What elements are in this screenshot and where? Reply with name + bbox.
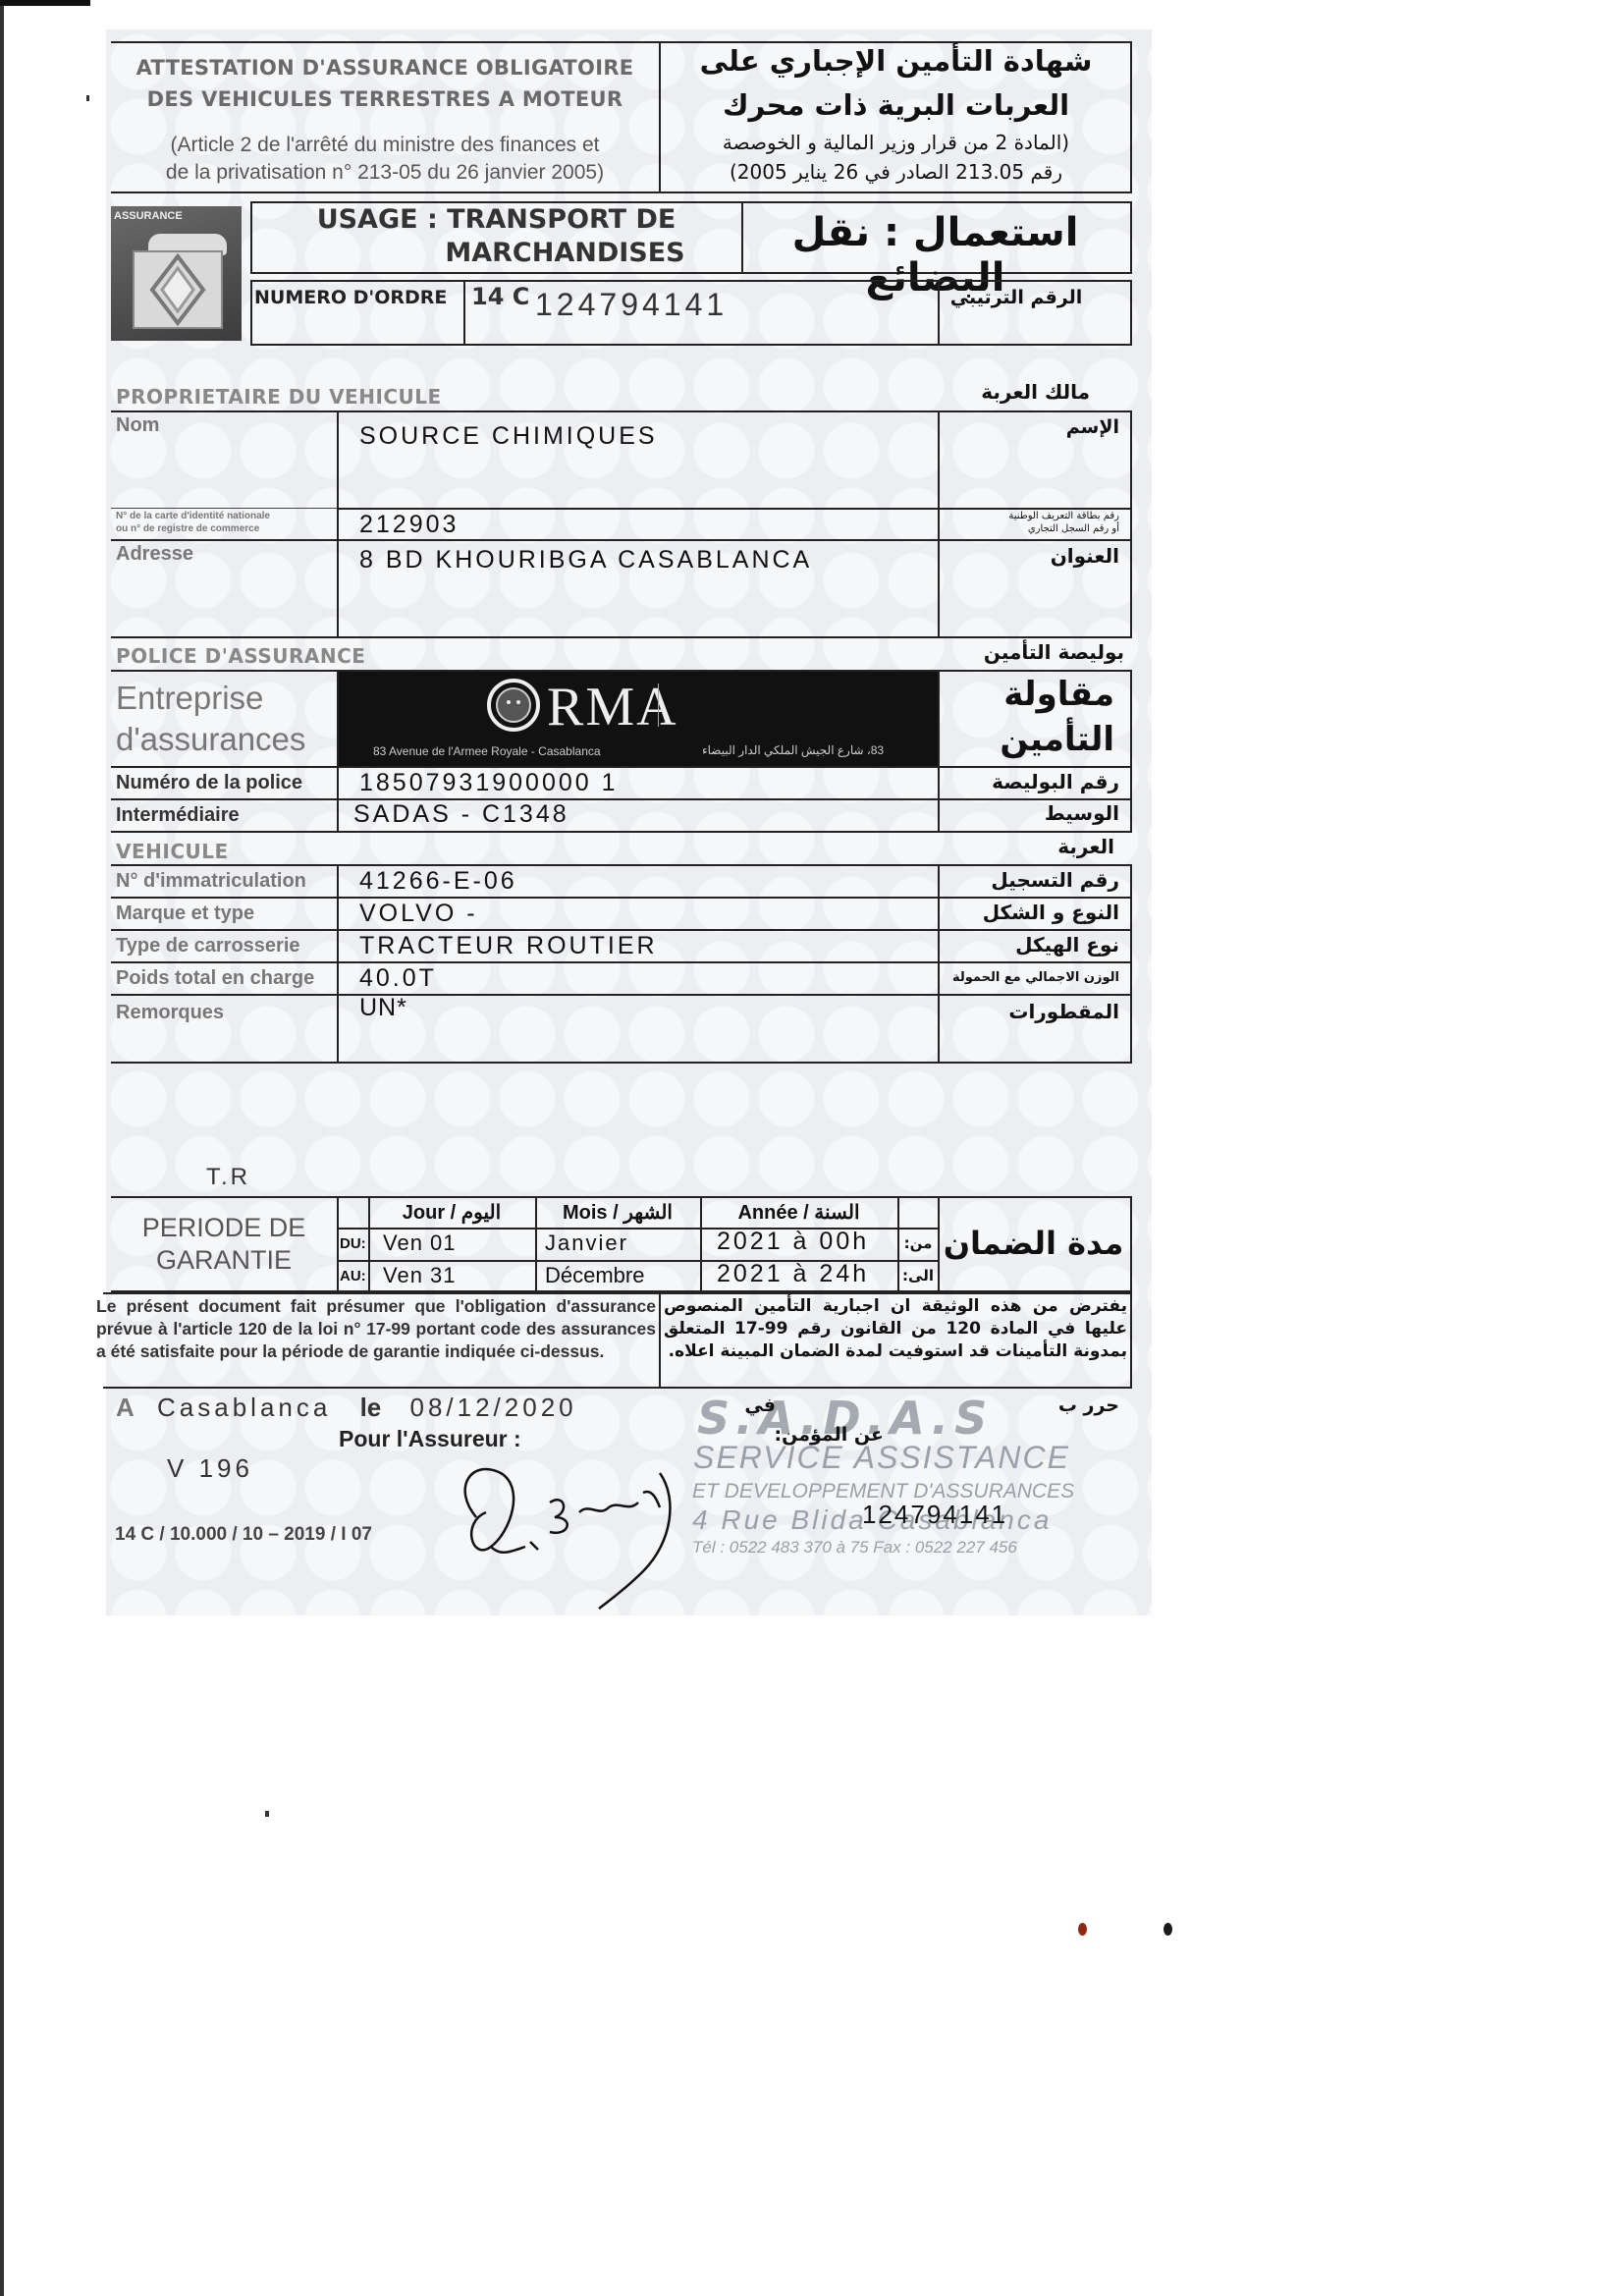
vehicle-row-divider	[111, 961, 1132, 963]
guarantee-label-line2: GARANTIE	[111, 1244, 337, 1277]
place: Casablanca	[157, 1393, 331, 1422]
company-address: 83 Avenue de l'Armee Royale - Casablanca	[373, 744, 601, 758]
col-year-header: Année / السنة	[700, 1200, 897, 1225]
registration-label: N° d'immatriculation	[116, 870, 306, 893]
owner-address-label: Adresse	[116, 543, 193, 566]
policy-section-title-ar: بوليصة التأمين	[943, 640, 1124, 664]
make-value: VOLVO -	[359, 900, 478, 928]
vehicle-row-divider	[111, 897, 1132, 899]
registration-label-ar: رقم التسجيل	[943, 868, 1119, 892]
policy-number-label: Numéro de la police	[116, 772, 302, 794]
vehicle-table	[111, 864, 1132, 1064]
order-label-fr: NUMERO D'ORDRE	[254, 287, 447, 308]
header-top-rule	[111, 41, 661, 43]
header-divider	[659, 41, 661, 193]
form-code: 14 C / 10.000 / 10 – 2019 / I 07	[115, 1524, 372, 1546]
from-month: Janvier	[545, 1230, 628, 1256]
to-label: AU:	[340, 1268, 366, 1285]
date: 08/12/2020	[409, 1393, 576, 1422]
for-insurer-label: Pour l'Assureur :	[339, 1426, 521, 1452]
issued-ar: حرر ب	[1031, 1394, 1119, 1416]
date-prefix: le	[360, 1393, 382, 1422]
policy-section-title: POLICE D'ASSURANCE	[116, 644, 365, 668]
company-label-line1: Entreprise	[116, 678, 305, 719]
diamond-emblem-icon	[135, 252, 221, 327]
vehicle-section-title: VEHICULE	[116, 840, 229, 863]
trailers-label: Remorques	[116, 1002, 224, 1024]
owner-address-value: 8 BD KHOURIBGA CASABLANCA	[359, 546, 812, 574]
owner-section-title-ar: مالك العربة	[943, 380, 1090, 404]
body-type-label: Type de carrosserie	[116, 935, 300, 957]
title-ar-line2: العربات البرية ذات محرك	[663, 88, 1129, 122]
body-type-label-ar: نوع الهيكل	[943, 933, 1119, 957]
scan-speck	[1078, 1923, 1087, 1936]
policy-row-divider-1	[111, 766, 1132, 768]
place-line: A Casablanca le 08/12/2020	[116, 1393, 577, 1423]
order-label-ar: الرقم الترتيبي	[943, 287, 1090, 308]
guarantee-col-divider	[337, 1196, 339, 1292]
intermediary-value: SADAS - C1348	[353, 800, 569, 829]
order-divider-2	[938, 280, 940, 346]
guarantee-label: PERIODE DE GARANTIE	[111, 1212, 337, 1277]
company-label: Entreprise d'assurances	[116, 678, 305, 760]
col-day-header: Jour / اليوم	[368, 1200, 535, 1225]
company-banner: RMA 83 Avenue de l'Armee Royale - Casabl…	[339, 672, 938, 766]
guarantee-table-top-rule	[111, 1196, 347, 1198]
trailers-label-ar: المقطورات	[943, 1000, 1119, 1023]
subtitle-fr-line1: (Article 2 de l'arrêté du ministre des f…	[111, 134, 659, 157]
body-type-value: TRACTEUR ROUTIER	[359, 932, 658, 960]
vehicle-row-divider	[111, 929, 1132, 931]
company-label-ar: مقاولة التأمين	[943, 672, 1114, 762]
title-fr-line1: ATTESTATION D'ASSURANCE OBLIGATOIRE	[111, 56, 659, 80]
weight-label-ar: الوزن الاجمالي مع الحمولة	[943, 970, 1119, 985]
subtitle-fr-line2: de la privatisation n° 213-05 du 26 janv…	[111, 161, 659, 185]
guarantee-label-ar: مدة الضمان	[943, 1225, 1124, 1262]
from-label: DU:	[340, 1235, 366, 1252]
policy-table-top-rule	[111, 670, 347, 672]
to-month: Décembre	[545, 1263, 644, 1288]
owner-id-label-line1: N° de la carte d'identité nationale	[116, 510, 270, 522]
owner-id-label-line2: ou n° de registre de commerce	[116, 522, 270, 535]
owner-id-label-ar-line2: أو رقم السجل التجاري	[943, 522, 1119, 535]
usage-label-fr: USAGE : TRANSPORT DE MARCHANDISES	[253, 203, 739, 270]
scan-edge	[0, 0, 4, 2296]
notice-divider	[659, 1292, 661, 1389]
tr-code: T.R	[206, 1164, 250, 1191]
logo-label: ASSURANCE	[114, 210, 183, 222]
weight-value: 40.0T	[359, 964, 437, 993]
owner-id-value: 212903	[359, 511, 459, 539]
subtitle-ar-line1: (المادة 2 من قرار وزير المالية و الخوصصة	[663, 131, 1129, 154]
vehicle-table-top-rule	[111, 864, 347, 866]
to-year: 2021 à 24h	[717, 1260, 869, 1288]
scan-speck	[86, 95, 89, 101]
owner-table-top-rule	[111, 410, 347, 412]
version: V 196	[167, 1453, 253, 1484]
owner-row-divider-1-left	[111, 508, 337, 509]
signature-icon	[432, 1453, 766, 1611]
make-label: Marque et type	[116, 902, 254, 925]
owner-col-divider-1	[337, 410, 339, 638]
order-prefix: 14 C	[471, 283, 529, 310]
stamp-number: 124794141	[862, 1500, 1007, 1530]
col-month-header: Mois / الشهر	[535, 1200, 700, 1225]
policy-number-label-ar: رقم البوليصة	[943, 770, 1119, 793]
scan-speck	[1164, 1923, 1172, 1936]
title-ar-line1: شهادة التأمين الإجباري على	[663, 44, 1129, 78]
in-ar: في	[727, 1394, 776, 1416]
from-label-ar: من:	[899, 1234, 937, 1252]
owner-id-label-ar-line1: رقم بطاقة التعريف الوطنية	[943, 510, 1119, 522]
company-label-line2: d'assurances	[116, 719, 305, 760]
company-label-ar-line2: التأمين	[943, 717, 1114, 762]
registration-value: 41266-E-06	[359, 867, 517, 896]
company-banner-divider	[658, 683, 659, 727]
from-year: 2021 à 00h	[717, 1228, 869, 1256]
intermediary-label: Intermédiaire	[116, 804, 240, 827]
usage-fr-line2: MARCHANDISES	[253, 237, 739, 270]
usage-divider	[741, 201, 743, 274]
vehicle-section-title-ar: العربة	[943, 835, 1114, 858]
owner-address-label-ar: العنوان	[943, 544, 1119, 568]
to-day: Ven 31	[383, 1263, 457, 1288]
title-fr-line2: DES VEHICULES TERRESTRES A MOTEUR	[111, 87, 659, 111]
owner-section-title: PROPRIETAIRE DU VEHICULE	[116, 385, 442, 409]
order-number: 124794141	[535, 287, 728, 323]
owner-name-label: Nom	[116, 414, 159, 437]
owner-id-label: N° de la carte d'identité nationale ou n…	[116, 510, 270, 535]
owner-name-value: SOURCE CHIMIQUES	[359, 422, 658, 451]
company-address-ar: 83، شارع الجيش الملكي الدار البيضاء	[702, 743, 884, 757]
vehicle-row-divider	[111, 994, 1132, 996]
policy-row-divider-2	[111, 798, 1132, 800]
intermediary-label-ar: الوسيط	[943, 801, 1119, 825]
place-prefix: A	[116, 1393, 135, 1422]
usage-fr-line1: USAGE : TRANSPORT DE	[253, 203, 739, 237]
owner-id-label-ar: رقم بطاقة التعريف الوطنية أو رقم السجل ا…	[943, 510, 1119, 535]
order-divider-1	[463, 280, 465, 346]
scan-speck	[265, 1811, 269, 1817]
to-label-ar: الى:	[899, 1267, 937, 1285]
vehicle-col-divider-1	[337, 864, 339, 1064]
policy-col-divider-2	[938, 670, 940, 833]
insurance-logo-icon: ASSURANCE	[111, 206, 242, 341]
guarantee-label-line1: PERIODE DE	[111, 1212, 337, 1244]
from-day: Ven 01	[383, 1230, 457, 1256]
trailers-value: UN*	[359, 994, 407, 1022]
notice-fr: Le présent document fait présumer que l'…	[96, 1295, 656, 1363]
for-insurer-ar: عن المؤمن:	[766, 1424, 884, 1446]
subtitle-ar-line2: رقم 213.05 الصادر في 26 يناير 2005)	[663, 160, 1129, 184]
scan-mark	[0, 0, 90, 6]
make-label-ar: النوع و الشكل	[943, 901, 1119, 924]
logo-frame	[133, 250, 223, 329]
guarantee-col-divider	[938, 1196, 940, 1292]
weight-label: Poids total en charge	[116, 967, 314, 990]
owner-col-divider-2	[938, 410, 940, 638]
policy-number-value: 18507931900000 1	[359, 769, 619, 797]
lion-emblem-icon	[486, 678, 541, 733]
vehicle-col-divider-2	[938, 864, 940, 1064]
owner-name-label-ar: الإسم	[943, 416, 1119, 438]
notice-ar: يفترض من هذه الوثيقة ان اجبارية التأمين …	[664, 1295, 1127, 1363]
company-label-ar-line1: مقاولة	[943, 672, 1114, 717]
owner-row-divider-2	[111, 539, 1132, 541]
